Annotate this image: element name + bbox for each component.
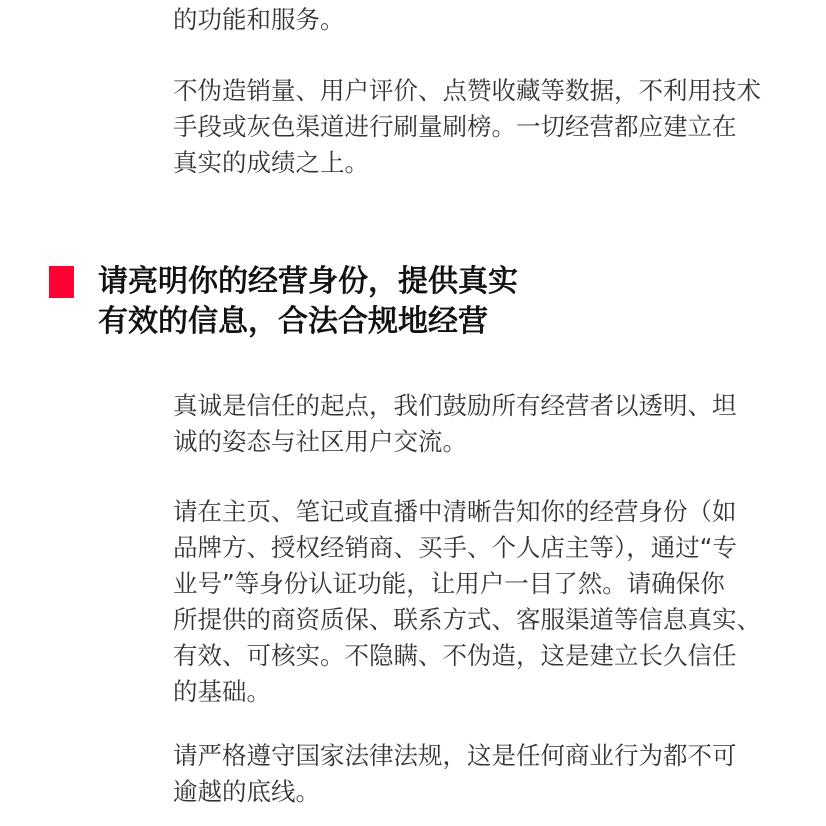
paragraph-identity: 请在主页、笔记或直播中清晰告知你的经营身份（如 品牌方、授权经销商、买手、个人店… [173,494,779,710]
text-line: 的功能和服务。 [173,2,779,38]
text-line: 所提供的商资质保、联系方式、客服渠道等信息真实、 [173,602,779,638]
paragraph-sincerity: 真诚是信任的起点，我们鼓励所有经营者以透明、坦 诚的姿态与社区用户交流。 [173,388,779,460]
paragraph-intro-tail: 的功能和服务。 [173,2,779,38]
red-square-icon [49,266,74,298]
text-line: 请严格遵守国家法律法规，这是任何商业行为都不可 [173,738,779,774]
text-line: 真实的成绩之上。 [173,145,779,181]
section-heading: 请亮明你的经营身份，提供真实 有效的信息，合法合规地经营 [98,262,518,342]
paragraph-no-fake-data: 不伪造销量、用户评价、点赞收藏等数据，不利用技术 手段或灰色渠道进行刷量刷榜。一… [173,73,779,181]
paragraph-law: 请严格遵守国家法律法规，这是任何商业行为都不可 逾越的底线。 [173,738,779,810]
text-line: 的基础。 [173,674,779,710]
text-line: 手段或灰色渠道进行刷量刷榜。一切经营都应建立在 [173,109,779,145]
text-line: 诚的姿态与社区用户交流。 [173,424,779,460]
text-line: 有效、可核实。不隐瞒、不伪造，这是建立长久信任 [173,638,779,674]
text-line: 不伪造销量、用户评价、点赞收藏等数据，不利用技术 [173,73,779,109]
heading-line: 有效的信息，合法合规地经营 [98,302,518,342]
text-line: 真诚是信任的起点，我们鼓励所有经营者以透明、坦 [173,388,779,424]
section-marker-icon [49,266,74,298]
heading-line: 请亮明你的经营身份，提供真实 [98,262,518,302]
text-line: 逾越的底线。 [173,774,779,810]
text-line: 品牌方、授权经销商、买手、个人店主等），通过“专 [173,530,779,566]
text-line: 请在主页、笔记或直播中清晰告知你的经营身份（如 [173,494,779,530]
text-line: 业号”等身份认证功能，让用户一目了然。请确保你 [173,566,779,602]
